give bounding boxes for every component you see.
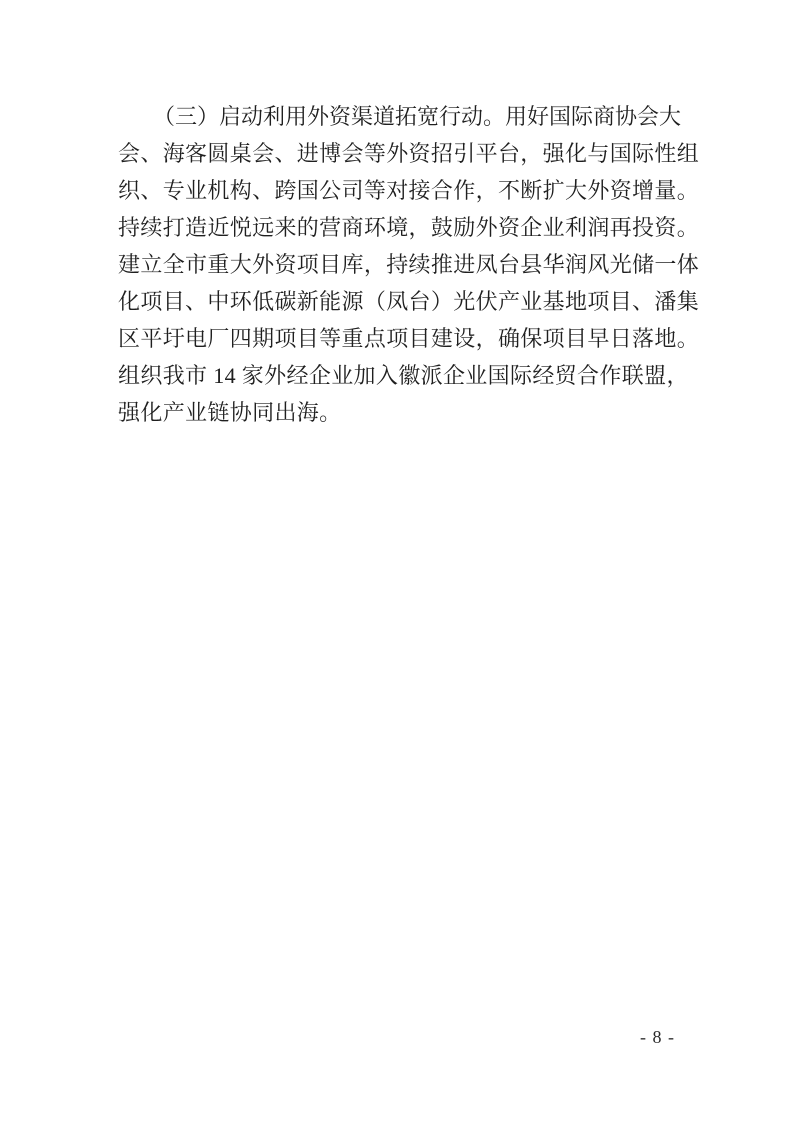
paragraph-line: 强化产业链协同出海。: [118, 394, 682, 431]
paragraph-line: 织、专业机构、跨国公司等对接合作，不断扩大外资增量。: [118, 172, 682, 209]
paragraph-line: 化项目、中环低碳新能源（凤台）光伏产业基地项目、潘集: [118, 283, 682, 320]
body-paragraph: （三）启动利用外资渠道拓宽行动。用好国际商协会大 会、海客圆桌会、进博会等外资招…: [118, 98, 682, 431]
document-page: （三）启动利用外资渠道拓宽行动。用好国际商协会大 会、海客圆桌会、进博会等外资招…: [0, 0, 793, 1122]
paragraph-line: 建立全市重大外资项目库，持续推进凤台县华润风光储一体: [118, 246, 682, 283]
paragraph-line: 持续打造近悦远来的营商环境，鼓励外资企业利润再投资。: [118, 209, 682, 246]
paragraph-line: 会、海客圆桌会、进博会等外资招引平台，强化与国际性组: [118, 135, 682, 172]
paragraph-line: （三）启动利用外资渠道拓宽行动。用好国际商协会大: [118, 98, 682, 135]
paragraph-line: 区平圩电厂四期项目等重点项目建设，确保项目早日落地。: [118, 320, 682, 357]
paragraph-line: 组织我市 14 家外经企业加入徽派企业国际经贸合作联盟，: [118, 357, 682, 394]
page-number: - 8 -: [640, 1026, 675, 1048]
